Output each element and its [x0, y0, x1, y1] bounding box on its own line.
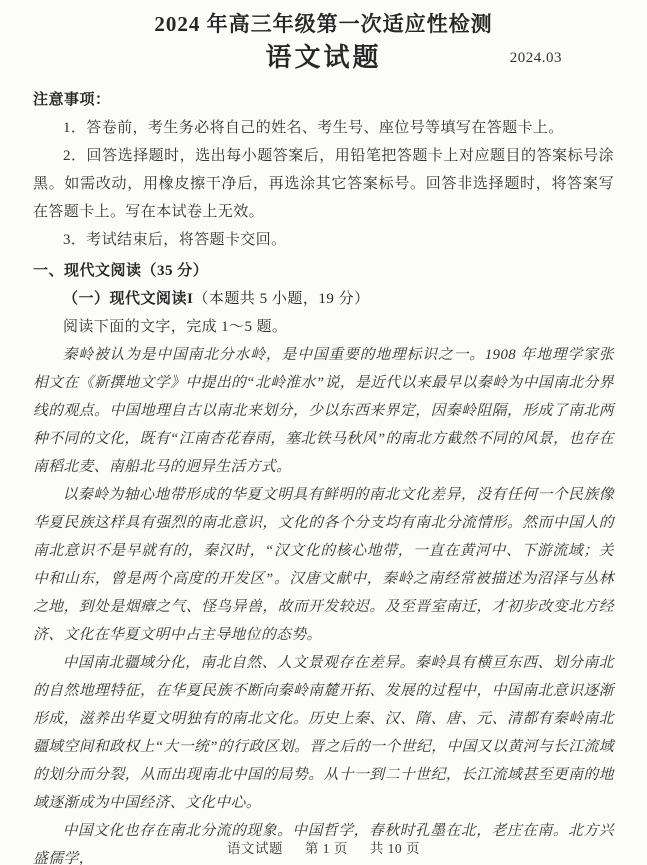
passage-paragraph-2: 以秦岭为轴心地带形成的华夏文明具有鲜明的南北文化差异，没有任何一个民族像华夏民族…: [33, 481, 614, 649]
subsection-heading-points: （本题共 5 小题，19 分）: [193, 291, 369, 307]
footer-doc-name: 语文试题: [227, 841, 283, 856]
notices-section: 注意事项： 1．答卷前，考生务必将自己的姓名、考生号、座位号等填写在答题卡上。 …: [33, 86, 614, 254]
exam-date: 2024.03: [510, 40, 562, 76]
passage-paragraph-1: 秦岭被认为是中国南北分水岭，是中国重要的地理标识之一。1908 年地理学家张相文…: [33, 341, 614, 481]
passage-instruction: 阅读下面的文字，完成 1～5 题。: [33, 313, 614, 341]
footer-page-number: 第 1 页: [305, 841, 348, 856]
page-footer: 语文试题 第 1 页 共 10 页: [0, 837, 647, 857]
notice-item-2: 2．回答选择题时，选出每小题答案后，用铅笔把答题卡上对应题目的答案标号涂黑。如需…: [33, 142, 614, 226]
exam-title: 2024 年高三年级第一次适应性检测: [33, 8, 614, 40]
section-heading: 一、现代文阅读（35 分）: [33, 257, 614, 285]
subsection-heading: （一）现代文阅读I（本题共 5 小题，19 分）: [33, 285, 614, 313]
notice-item-3: 3．考试结束后，将答题卡交回。: [33, 226, 614, 254]
subject-title: 语文试题: [265, 40, 381, 76]
exam-header: 2024 年高三年级第一次适应性检测 语文试题 2024.03: [33, 8, 614, 76]
subject-title-row: 语文试题 2024.03: [33, 40, 614, 76]
passage-paragraph-3: 中国南北疆域分化，南北自然、人文景观存在差异。秦岭具有横亘东西、划分南北的自然地…: [33, 649, 614, 817]
notice-item-1: 1．答卷前，考生务必将自己的姓名、考生号、座位号等填写在答题卡上。: [33, 114, 614, 142]
exam-paper-page: 2024 年高三年级第一次适应性检测 语文试题 2024.03 注意事项： 1．…: [0, 0, 647, 865]
subsection-heading-title: （一）现代文阅读I: [63, 291, 193, 307]
footer-total-pages: 共 10 页: [370, 841, 420, 856]
reading-section: 一、现代文阅读（35 分） （一）现代文阅读I（本题共 5 小题，19 分） 阅…: [33, 257, 614, 865]
notices-heading: 注意事项：: [33, 86, 614, 114]
